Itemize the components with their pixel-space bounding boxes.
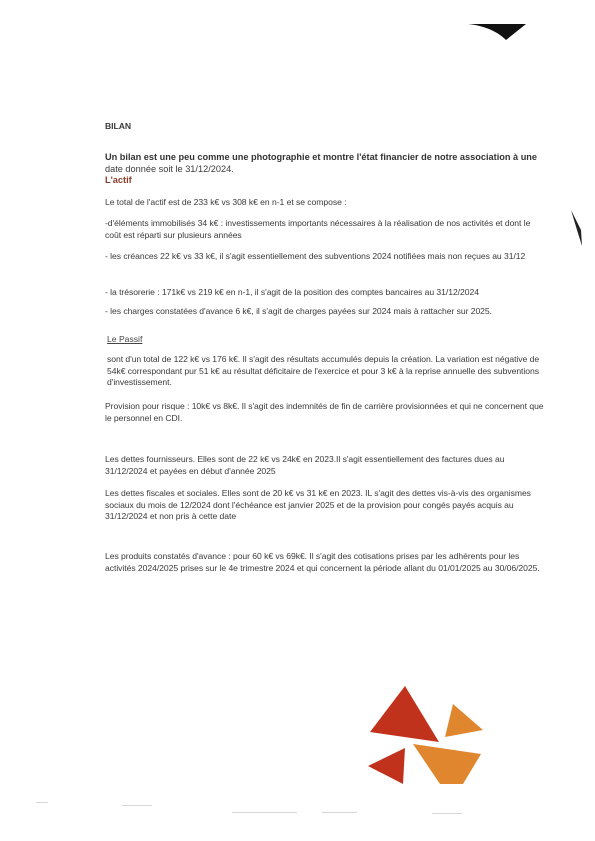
actif-heading: L'actif [105,175,132,185]
document-page: BILAN Un bilan est une peu comme une pho… [0,0,595,841]
actif-paragraph: - les créances 22 k€ vs 33 k€, il s'agit… [105,251,545,263]
passif-heading: Le Passif [107,334,142,344]
passif-paragraph: Les dettes fournisseurs. Elles sont de 2… [105,454,545,477]
actif-paragraph: -d'éléments immobilisés 34 k€ : investis… [105,218,545,241]
passif-paragraph: Les produits constatés d'avance : pour 6… [105,551,545,574]
document-title: BILAN [105,121,131,133]
actif-paragraph: - la trésorerie : 171k€ vs 219 k€ en n-1… [105,287,545,299]
scan-line [232,812,297,813]
scan-line [36,802,48,803]
passif-paragraph: Provision pour risque : 10k€ vs 8k€. Il … [105,401,545,424]
scan-line [122,805,152,806]
passif-paragraph: Les dettes fiscales et sociales. Elles s… [105,488,545,523]
scan-line [322,812,357,813]
intro-normal: date donnée soit le 31/12/2024. [105,164,234,174]
passif-paragraph: sont d'un total de 122 k€ vs 176 k€. Il … [107,354,547,389]
actif-paragraph: - les charges constatées d'avance 6 k€, … [105,306,545,318]
scan-line [432,813,462,814]
triangles-logo-icon [355,680,505,790]
intro-bold: Un bilan est une peu comme une photograp… [105,152,537,162]
actif-paragraph: Le total de l'actif est de 233 k€ vs 308… [105,197,545,209]
intro-paragraph: Un bilan est une peu comme une photograp… [105,151,545,175]
corner-fold-mark [468,22,528,42]
edge-shadow-mark [569,208,585,248]
